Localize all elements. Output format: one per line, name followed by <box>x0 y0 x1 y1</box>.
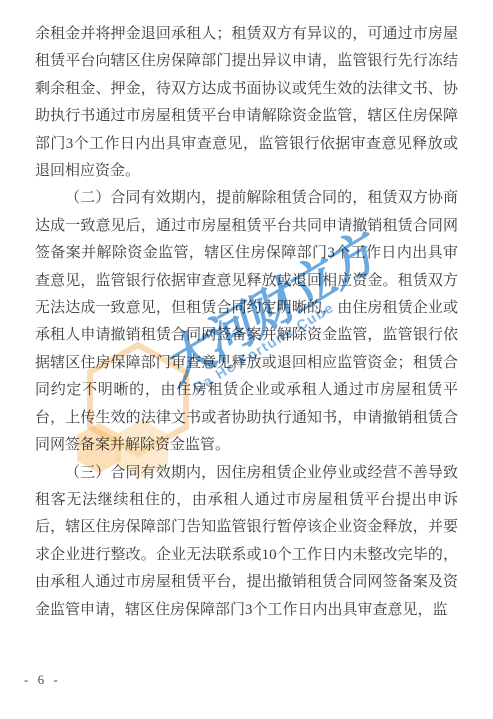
paragraph: （二）合同有效期内，提前解除租赁合同的，租赁双方协商达成一致意见后，通过市房屋租… <box>35 185 458 459</box>
paragraph: （三）合同有效期内，因住房租赁企业停业或经营不善导致租客无法继续租住的，由承租人… <box>35 460 458 624</box>
page-number: - 6 - <box>24 672 61 688</box>
paragraph: 余租金并将押金退回承租人；租赁双方有异议的，可通过市房屋租赁平台向辖区住房保障部… <box>35 21 458 185</box>
document-body: 余租金并将押金退回承租人；租赁双方有异议的，可通过市房屋租赁平台向辖区住房保障部… <box>35 21 458 624</box>
document-page: 余租金并将押金退回承租人；租赁双方有异议的，可通过市房屋租赁平台向辖区住房保障部… <box>0 0 493 719</box>
